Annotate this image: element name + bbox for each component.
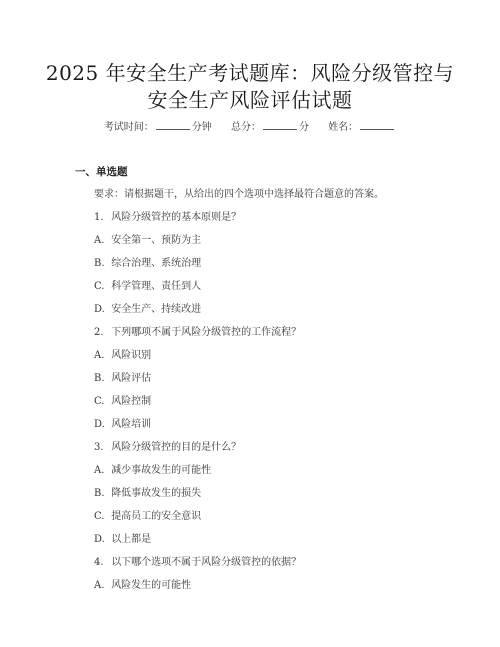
option-letter: A.	[94, 349, 108, 363]
option-text: 综合治理、系统治理	[111, 258, 201, 269]
option-letter: A.	[94, 464, 108, 478]
option-item: D. 安全生产、持续改进	[94, 303, 201, 317]
question-number: 4.	[94, 556, 108, 570]
exam-time-blank	[156, 120, 190, 130]
total-score-field: 总分：分	[231, 122, 312, 133]
option-text: 安全生产、持续改进	[111, 304, 201, 315]
option-item: B. 风险评估	[94, 372, 151, 386]
option-text: 安全第一、预防为主	[111, 235, 201, 246]
name-blank	[360, 120, 394, 130]
option-item: A. 风险发生的可能性	[94, 579, 191, 593]
question-1: 1. 风险分级管控的基本原则是？	[94, 211, 241, 225]
question-4: 4. 以下哪个选项不属于风险分级管控的依据？	[94, 556, 301, 570]
question-text: 下列哪项不属于风险分级管控的工作流程？	[111, 327, 301, 338]
exam-meta: 考试时间：分钟 总分：分 姓名：	[0, 120, 500, 135]
option-text: 风险评估	[111, 373, 151, 384]
option-letter: D.	[94, 303, 108, 317]
option-letter: B.	[94, 487, 108, 501]
option-item: C. 提高员工的安全意识	[94, 510, 201, 524]
option-letter: A.	[94, 234, 108, 248]
option-text: 减少事故发生的可能性	[111, 465, 211, 476]
option-item: C. 风险控制	[94, 395, 151, 409]
option-item: D. 风险培训	[94, 418, 151, 432]
question-text: 风险分级管控的基本原则是？	[111, 212, 241, 223]
section-heading: 一、单选题	[75, 165, 128, 179]
option-item: A. 安全第一、预防为主	[94, 234, 201, 248]
option-text: 风险识别	[111, 350, 151, 361]
option-text: 降低事故发生的损失	[111, 488, 201, 499]
exam-time-field: 考试时间：分钟	[104, 122, 215, 133]
option-item: C. 科学管理、责任到人	[94, 280, 201, 294]
document-title-line-1: 2025 年安全生产考试题库：风险分级管控与	[0, 59, 500, 87]
option-text: 风险培训	[111, 419, 151, 430]
option-letter: C.	[94, 280, 108, 294]
option-letter: A.	[94, 579, 108, 593]
exam-time-unit: 分钟	[192, 122, 212, 133]
option-letter: D.	[94, 418, 108, 432]
question-text: 以下哪个选项不属于风险分级管控的依据？	[111, 557, 301, 568]
option-letter: B.	[94, 372, 108, 386]
option-letter: C.	[94, 395, 108, 409]
question-number: 3.	[94, 441, 108, 455]
exam-time-label: 考试时间：	[104, 122, 154, 133]
option-text: 以上都是	[111, 534, 151, 545]
name-field: 姓名：	[328, 122, 396, 133]
option-text: 科学管理、责任到人	[111, 281, 201, 292]
option-letter: B.	[94, 257, 108, 271]
total-score-blank	[263, 120, 297, 130]
question-number: 2.	[94, 326, 108, 340]
option-text: 风险控制	[111, 396, 151, 407]
document-title-line-2: 安全生产风险评估试题	[0, 86, 500, 114]
option-letter: D.	[94, 533, 108, 547]
name-label: 姓名：	[328, 122, 358, 133]
question-number: 1.	[94, 211, 108, 225]
question-3: 3. 风险分级管控的目的是什么？	[94, 441, 241, 455]
section-instruction: 要求：请根据题干，从给出的四个选项中选择最符合题意的答案。	[94, 188, 384, 202]
question-text: 风险分级管控的目的是什么？	[111, 442, 241, 453]
option-letter: C.	[94, 510, 108, 524]
option-text: 风险发生的可能性	[111, 580, 191, 591]
question-2: 2. 下列哪项不属于风险分级管控的工作流程？	[94, 326, 301, 340]
option-item: B. 降低事故发生的损失	[94, 487, 201, 501]
document-page: 2025 年安全生产考试题库：风险分级管控与 安全生产风险评估试题 考试时间：分…	[0, 0, 500, 647]
option-text: 提高员工的安全意识	[111, 511, 201, 522]
option-item: D. 以上都是	[94, 533, 151, 547]
total-score-unit: 分	[299, 122, 309, 133]
total-score-label: 总分：	[231, 122, 261, 133]
option-item: A. 风险识别	[94, 349, 151, 363]
option-item: A. 减少事故发生的可能性	[94, 464, 211, 478]
option-item: B. 综合治理、系统治理	[94, 257, 201, 271]
